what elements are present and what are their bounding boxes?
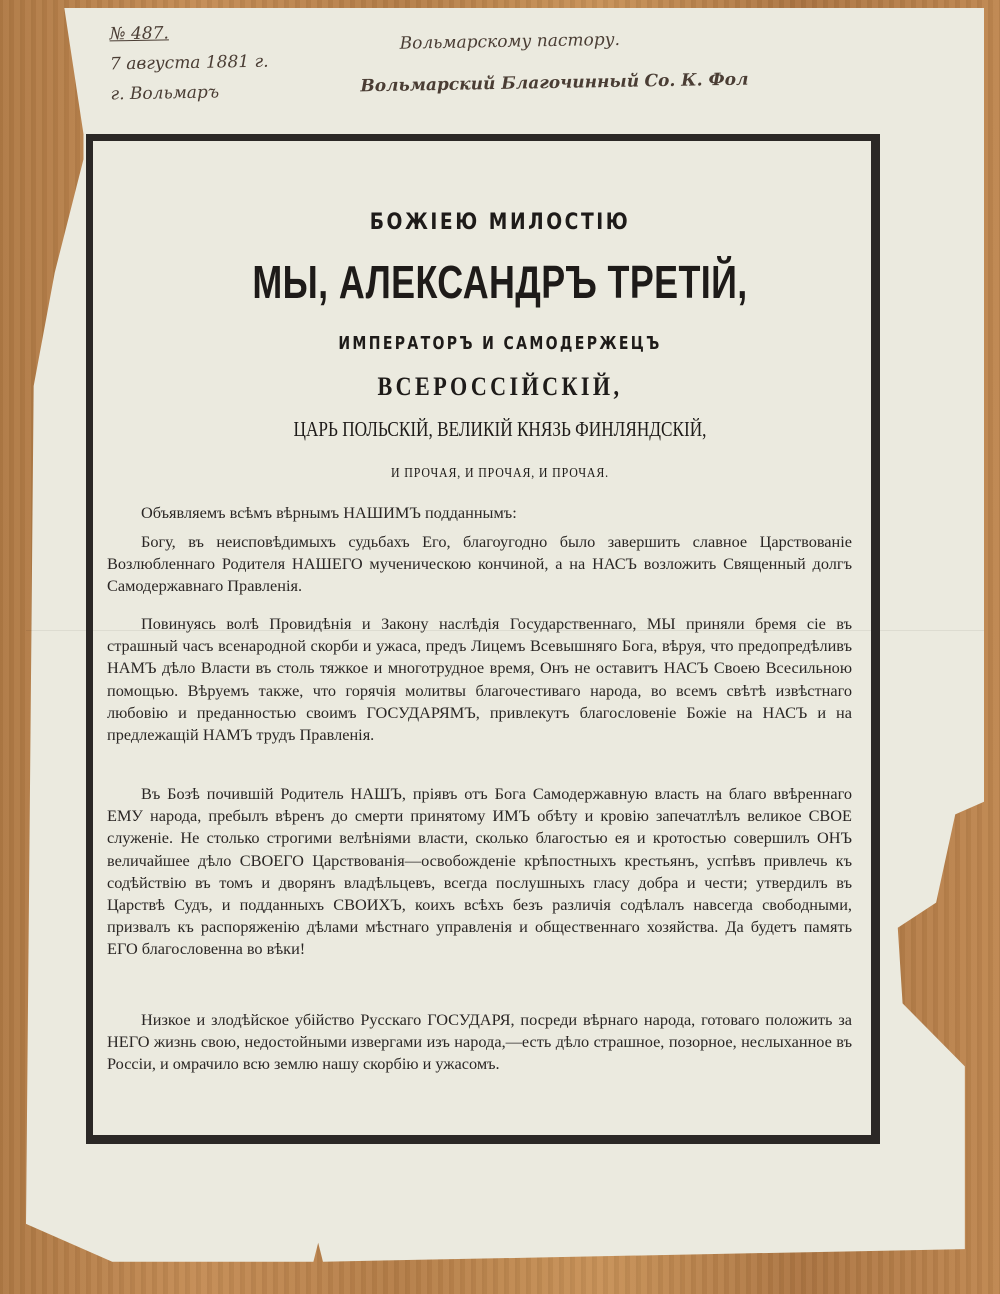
- heading-by-gods-grace: БОЖІЕЮ МИЛОСТІЮ: [75, 210, 925, 235]
- marginalia-left: № 487. 7 августа 1881 г. г. Вольмаръ: [109, 17, 269, 110]
- paragraph-text: Объявляемъ всѣмъ вѣрнымъ НАШИМЪ подданны…: [107, 502, 852, 524]
- paragraph-text: Низкое и злодѣйское убійство Русскаго ГО…: [107, 1009, 852, 1076]
- marginalia-signature: Со. К. Фол: [644, 70, 748, 92]
- paragraph-text: Богу, въ неисповѣдимыхъ судьбахъ Его, бл…: [107, 531, 852, 598]
- paragraph-text: Повинуясь волѣ Провидѣнія и Закону наслѣ…: [107, 613, 852, 746]
- marginalia-date: 7 августа 1881 г.: [110, 47, 269, 80]
- marginalia-addressee: Вольмарскому пастору.: [359, 17, 748, 66]
- marginalia-place: г. Вольмаръ: [110, 77, 269, 110]
- paragraph-text: Въ Бозѣ почившій Родитель НАШЪ, пріявъ о…: [107, 783, 852, 961]
- manifesto-paragraph: Въ Бозѣ почившій Родитель НАШЪ, пріявъ о…: [107, 783, 852, 961]
- marginalia-right: Вольмарскому пастору. Вольмарский Благоч…: [359, 17, 749, 108]
- marginalia-number: № 487.: [109, 17, 268, 50]
- manifesto-paragraph: Богу, въ неисповѣдимыхъ судьбахъ Его, бл…: [107, 531, 852, 598]
- heading-tsar-of-poland: ЦАРЬ ПОЛЬСКІЙ, ВЕЛИКІЙ КНЯЗЬ ФИНЛЯНДСКІЙ…: [90, 417, 910, 442]
- marginalia-sender: Вольмарский Благочинный: [360, 72, 639, 97]
- manifesto-paragraph: Повинуясь волѣ Провидѣнія и Закону наслѣ…: [107, 613, 852, 746]
- manifesto-paragraph: Объявляемъ всѣмъ вѣрнымъ НАШИМЪ подданны…: [107, 502, 852, 524]
- manifesto-paragraph: Низкое и злодѣйское убійство Русскаго ГО…: [107, 1009, 852, 1076]
- heading-all-russian: ВСЕРОССІЙСКІЙ,: [75, 372, 925, 402]
- heading-emperor-name: МЫ, АЛЕКСАНДРЪ ТРЕТІЙ,: [110, 255, 890, 309]
- heading-emperor-title: ИМПЕРАТОРЪ И САМОДЕРЖЕЦЪ: [110, 333, 890, 354]
- heading-etc: И ПРОЧАЯ, И ПРОЧАЯ, И ПРОЧАЯ.: [75, 466, 925, 482]
